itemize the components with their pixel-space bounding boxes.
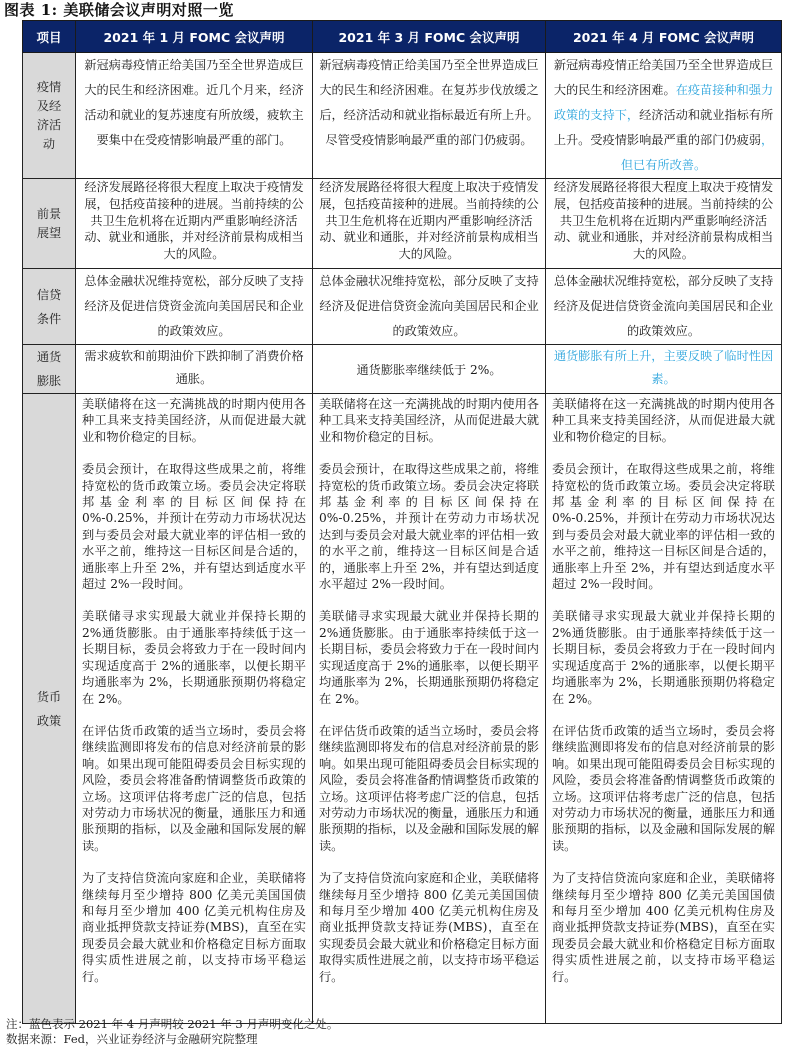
cell-mar-credit: 总体金融状况维持宽松，部分反映了支持经济及促进信贷资金流向美国居民和企业的政策效… (313, 269, 546, 345)
policy-paragraph: 美联储寻求实现最大就业并保持长期的 2%通货膨胀。由于通胀率持续低于这一长期目标… (319, 608, 539, 706)
row-label-outlook: 前景展望 (23, 179, 76, 269)
figure-title: 图表 1: 美联储会议声明对照一览 (4, 0, 234, 20)
policy-paragraph: 为了支持信贷流向家庭和企业，美联储将继续每月至少增持 800 亿美元美国国债和每… (552, 870, 775, 985)
table-row: 前景展望 经济发展路径将很大程度上取决于疫情发展，包括疫苗接种的进展。当前持续的… (23, 179, 782, 269)
cell-apr-credit: 总体金融状况维持宽松，部分反映了支持经济及促进信贷资金流向美国居民和企业的政策效… (546, 269, 782, 345)
cell-apr-epidemic: 新冠病毒疫情正给美国乃至全世界造成巨大的民生和经济困难。在疫苗接种和强力政策的支… (546, 53, 782, 179)
cell-mar-outlook: 经济发展路径将很大程度上取决于疫情发展，包括疫苗接种的进展。当前持续的公共卫生危… (313, 179, 546, 269)
policy-paragraph: 美联储寻求实现最大就业并保持长期的 2%通货膨胀。由于通胀率持续低于这一长期目标… (82, 608, 306, 706)
policy-paragraph: 委员会预计，在取得这些成果之前，将维持宽松的货币政策立场。委员会决定将联邦基金利… (319, 461, 539, 592)
cell-jan-outlook: 经济发展路径将很大程度上取决于疫情发展，包括疫苗接种的进展。当前持续的公共卫生危… (76, 179, 313, 269)
cell-jan-credit: 总体金融状况维持宽松，部分反映了支持经济及促进信贷资金流向美国居民和企业的政策效… (76, 269, 313, 345)
policy-paragraph: 委员会预计，在取得这些成果之前，将维持宽松的货币政策立场。委员会决定将联邦基金利… (552, 461, 775, 592)
policy-paragraph: 美联储将在这一充满挑战的时期内使用各种工具来支持美国经济，从而促进最大就业和物价… (319, 396, 539, 445)
table-row: 疫情及经济活动 新冠病毒疫情正给美国乃至全世界造成巨大的民生和经济困难。近几个月… (23, 53, 782, 179)
cell-mar-monetary-policy: 美联储将在这一充满挑战的时期内使用各种工具来支持美国经济，从而促进最大就业和物价… (313, 394, 546, 1024)
header-mar: 2021 年 3 月 FOMC 会议声明 (313, 21, 546, 53)
row-label-credit: 信贷条件 (23, 269, 76, 345)
cell-apr-outlook: 经济发展路径将很大程度上取决于疫情发展，包括疫苗接种的进展。当前持续的公共卫生危… (546, 179, 782, 269)
policy-paragraph: 美联储将在这一充满挑战的时期内使用各种工具来支持美国经济，从而促进最大就业和物价… (82, 396, 306, 445)
table-header-row: 项目 2021 年 1 月 FOMC 会议声明 2021 年 3 月 FOMC … (23, 21, 782, 53)
header-apr: 2021 年 4 月 FOMC 会议声明 (546, 21, 782, 53)
table-row: 信贷条件 总体金融状况维持宽松，部分反映了支持经济及促进信贷资金流向美国居民和企… (23, 269, 782, 345)
policy-paragraph: 为了支持信贷流向家庭和企业，美联储将继续每月至少增持 800 亿美元美国国债和每… (82, 870, 306, 985)
row-label-epidemic: 疫情及经济活动 (23, 53, 76, 179)
policy-paragraph: 委员会预计，在取得这些成果之前，将维持宽松的货币政策立场。委员会决定将联邦基金利… (82, 461, 306, 592)
cell-mar-inflation: 通货膨胀率继续低于 2%。 (313, 345, 546, 394)
cell-apr-inflation: 通货膨胀有所上升，主要反映了临时性因素。 (546, 345, 782, 394)
header-item: 项目 (23, 21, 76, 53)
header-jan: 2021 年 1 月 FOMC 会议声明 (76, 21, 313, 53)
policy-paragraph: 美联储寻求实现最大就业并保持长期的 2%通货膨胀。由于通胀率持续低于这一长期目标… (552, 608, 775, 706)
cell-jan-monetary-policy: 美联储将在这一充满挑战的时期内使用各种工具来支持美国经济，从而促进最大就业和物价… (76, 394, 313, 1024)
cell-jan-inflation: 需求疲软和前期油价下跌抑制了消费价格通胀。 (76, 345, 313, 394)
source-text: 数据来源：Fed，兴业证券经济与金融研究院整理 (6, 1032, 338, 1047)
policy-paragraph: 为了支持信贷流向家庭和企业，美联储将继续每月至少增持 800 亿美元美国国债和每… (319, 870, 539, 985)
footnotes: 注：蓝色表示 2021 年 4 月声明较 2021 年 3 月声明变化之处。 数… (6, 1017, 338, 1047)
table-row: 货币政策 美联储将在这一充满挑战的时期内使用各种工具来支持美国经济，从而促进最大… (23, 394, 782, 1024)
comparison-table: 项目 2021 年 1 月 FOMC 会议声明 2021 年 3 月 FOMC … (22, 20, 782, 1024)
policy-paragraph: 在评估货币政策的适当立场时，委员会将继续监测即将发布的信息对经济前景的影响。如果… (552, 723, 775, 854)
row-label-monetary-policy: 货币政策 (23, 394, 76, 1024)
cell-mar-epidemic: 新冠病毒疫情正给美国乃至全世界造成巨大的民生和经济困难。在复苏步伐放缓之后，经济… (313, 53, 546, 179)
table-row: 通货膨胀 需求疲软和前期油价下跌抑制了消费价格通胀。 通货膨胀率继续低于 2%。… (23, 345, 782, 394)
policy-paragraph: 在评估货币政策的适当立场时，委员会将继续监测即将发布的信息对经济前景的影响。如果… (319, 723, 539, 854)
row-label-inflation: 通货膨胀 (23, 345, 76, 394)
policy-paragraph: 美联储将在这一充满挑战的时期内使用各种工具来支持美国经济，从而促进最大就业和物价… (552, 396, 775, 445)
cell-apr-monetary-policy: 美联储将在这一充满挑战的时期内使用各种工具来支持美国经济，从而促进最大就业和物价… (546, 394, 782, 1024)
policy-paragraph: 在评估货币政策的适当立场时，委员会将继续监测即将发布的信息对经济前景的影响。如果… (82, 723, 306, 854)
note-text: 注：蓝色表示 2021 年 4 月声明较 2021 年 3 月声明变化之处。 (6, 1017, 338, 1032)
cell-jan-epidemic: 新冠病毒疫情正给美国乃至全世界造成巨大的民生和经济困难。近几个月来，经济活动和就… (76, 53, 313, 179)
